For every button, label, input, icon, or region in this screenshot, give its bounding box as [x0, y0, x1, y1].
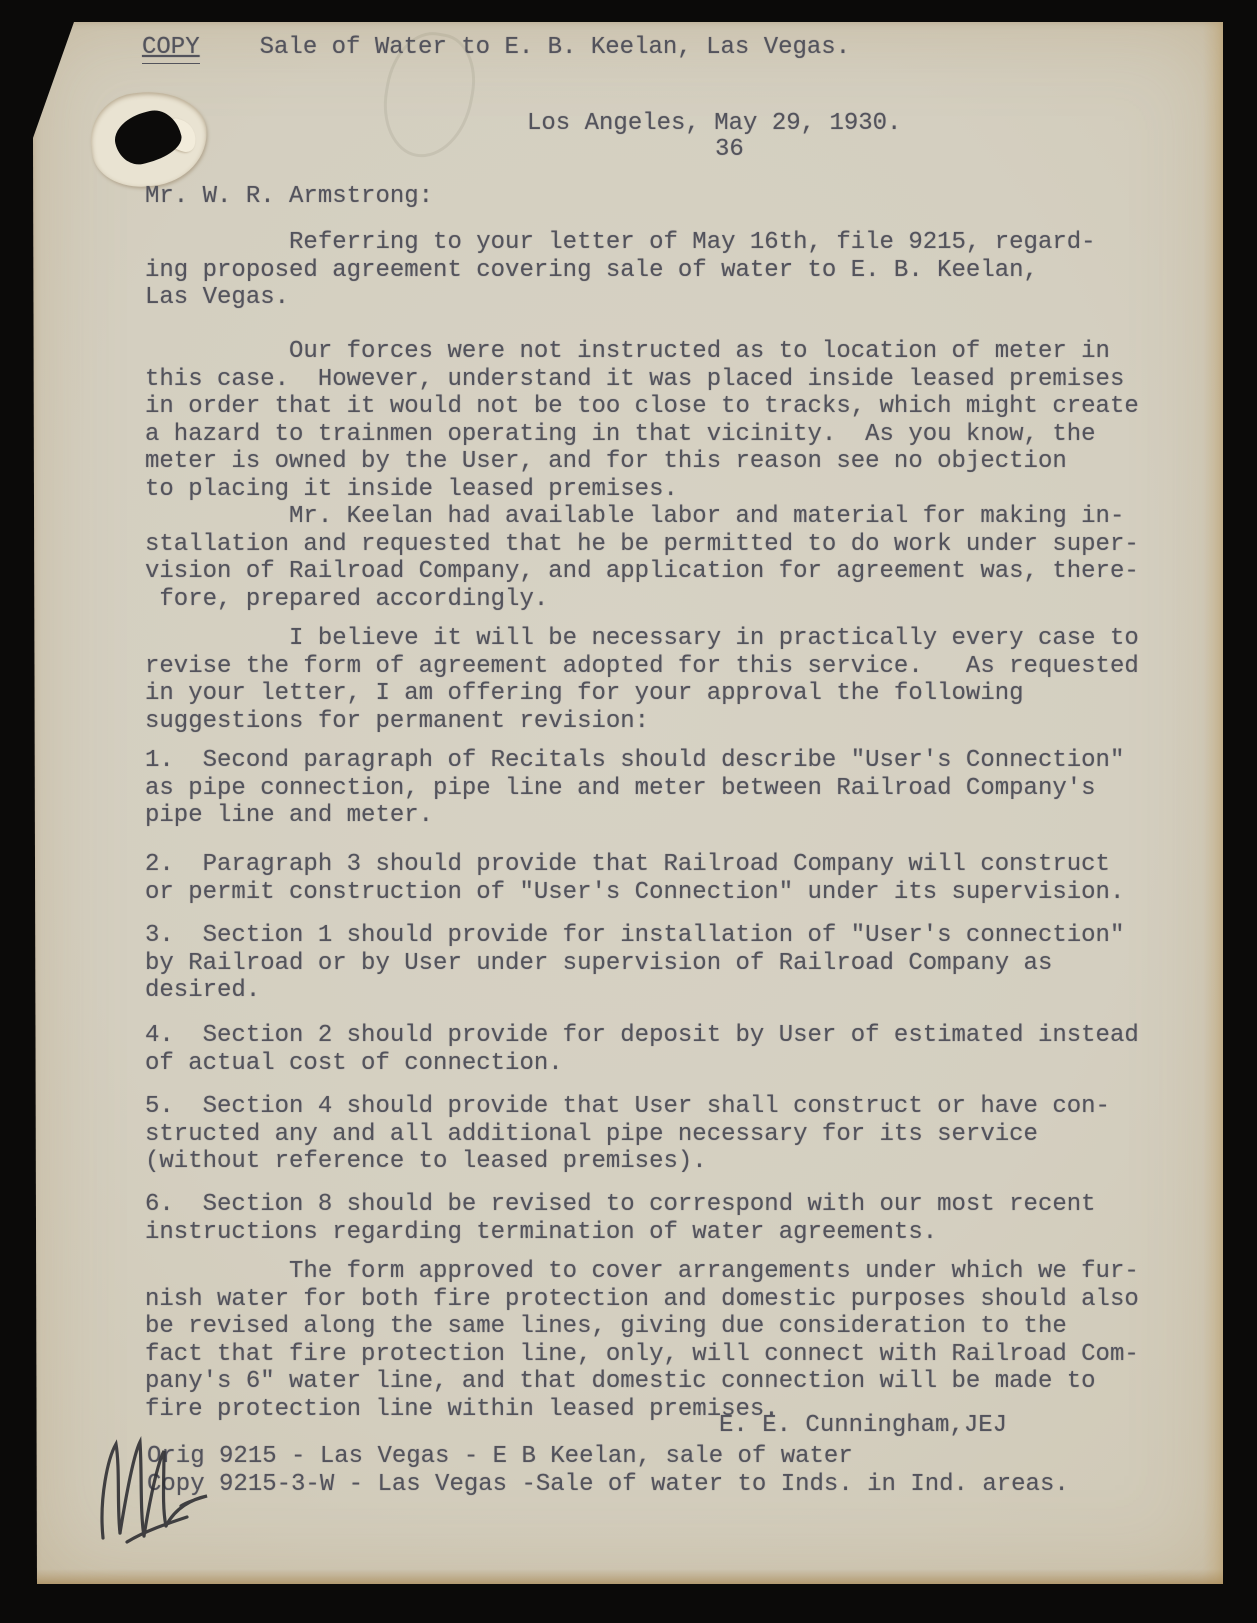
distribution-notes: Orig 9215 - Las Vegas - E B Keelan, sale…	[147, 1443, 1069, 1498]
numbered-item-3: 3. Section 1 should provide for installa…	[145, 922, 1124, 1005]
page-number: 36	[715, 136, 744, 164]
subject-line: Sale of Water to E. B. Keelan, Las Vegas…	[260, 34, 851, 61]
letter-paper: COPYSale of Water to E. B. Keelan, Las V…	[33, 22, 1223, 1584]
body-paragraph-3: Mr. Keelan had available labor and mater…	[145, 503, 1139, 613]
numbered-item-1: 1. Second paragraph of Recitals should d…	[145, 747, 1124, 830]
copy-stamp-label: COPY	[142, 34, 200, 64]
signature-line: E. E. Cunningham,JEJ	[719, 1412, 1007, 1440]
salutation: Mr. W. R. Armstrong:	[145, 183, 433, 211]
numbered-item-2: 2. Paragraph 3 should provide that Railr…	[145, 851, 1124, 906]
scanned-letter-photo: { "document": { "type": "typewritten let…	[0, 0, 1257, 1623]
numbered-item-4: 4. Section 2 should provide for deposit …	[145, 1022, 1139, 1077]
header-line: COPYSale of Water to E. B. Keelan, Las V…	[142, 34, 850, 62]
handwritten-initials-scribble	[89, 1436, 239, 1566]
body-paragraph-1: Referring to your letter of May 16th, fi…	[145, 229, 1096, 312]
paper-tear-hole	[86, 86, 211, 192]
body-paragraph-2: Our forces were not instructed as to loc…	[145, 338, 1139, 503]
closing-paragraph: The form approved to cover arrangements …	[145, 1258, 1139, 1423]
numbered-item-5: 5. Section 4 should provide that User sh…	[145, 1093, 1110, 1176]
numbered-item-6: 6. Section 8 should be revised to corres…	[145, 1191, 1096, 1246]
dateline: Los Angeles, May 29, 1930.	[527, 110, 901, 138]
body-paragraph-4: I believe it will be necessary in practi…	[145, 625, 1139, 735]
